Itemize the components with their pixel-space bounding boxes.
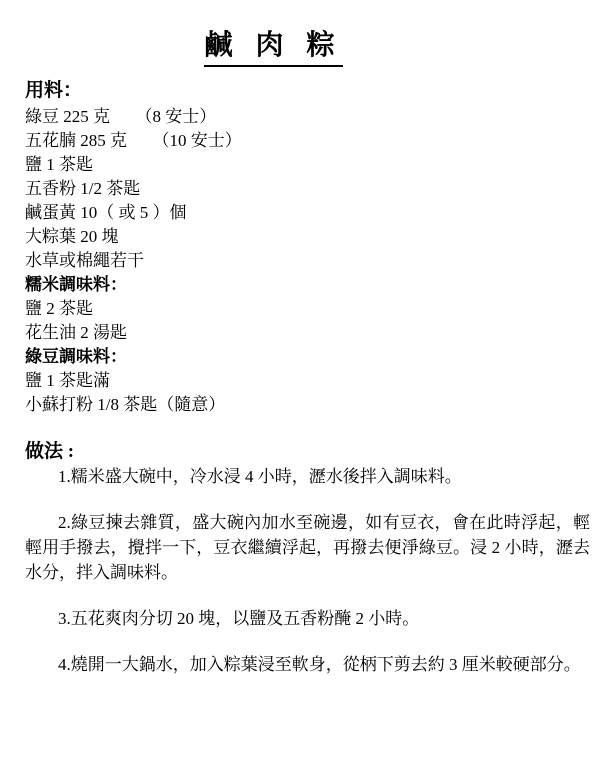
page-title: 鹹 肉 粽 (204, 30, 342, 67)
title-row: 鹹 肉 粽 (25, 30, 590, 67)
ingredient-line: 鹽 1 茶匙 (25, 153, 590, 177)
ingredient-line: 鹹蛋黃 10（ 或 5 ）個 (25, 201, 590, 225)
ingredients-heading: 用料： (25, 79, 590, 103)
method-step: 2.綠豆揀去雜質，盛大碗內加水至碗邊，如有豆衣，會在此時浮起，輕輕用手撥去，攪拌… (25, 510, 590, 585)
ingredient-line: 綠豆 225 克 （8 安士） (25, 105, 590, 129)
method-step: 4.燒開一大鍋水，加入粽葉浸至軟身，從柄下剪去約 3 厘米較硬部分。 (25, 652, 590, 677)
ingredient-line: 花生油 2 湯匙 (25, 321, 590, 345)
ingredient-line: 水草或棉繩若干 (25, 249, 590, 273)
ingredient-line: 五香粉 1/2 茶匙 (25, 177, 590, 201)
recipe-document: 鹹 肉 粽 用料： 綠豆 225 克 （8 安士）五花腩 285 克 （10 安… (0, 0, 606, 768)
ingredients-list: 綠豆 225 克 （8 安士）五花腩 285 克 （10 安士）鹽 1 茶匙五香… (25, 105, 590, 417)
ingredient-line: 五花腩 285 克 （10 安士） (25, 129, 590, 153)
method-steps: 1.糯米盛大碗中，冷水浸 4 小時，瀝水後拌入調味料。2.綠豆揀去雜質，盛大碗內… (25, 464, 590, 677)
method-step: 3.五花爽肉分切 20 塊，以鹽及五香粉醃 2 小時。 (25, 606, 590, 631)
ingredient-line: 小蘇打粉 1/8 茶匙（隨意） (25, 393, 590, 417)
ingredient-line: 大粽葉 20 塊 (25, 225, 590, 249)
ingredient-line: 鹽 1 茶匙滿 (25, 369, 590, 393)
ingredient-subheading: 綠豆調味料： (25, 345, 590, 369)
ingredient-subheading: 糯米調味料： (25, 273, 590, 297)
ingredient-line: 鹽 2 茶匙 (25, 297, 590, 321)
method-heading: 做法 : (25, 439, 590, 464)
method-step: 1.糯米盛大碗中，冷水浸 4 小時，瀝水後拌入調味料。 (25, 464, 590, 489)
